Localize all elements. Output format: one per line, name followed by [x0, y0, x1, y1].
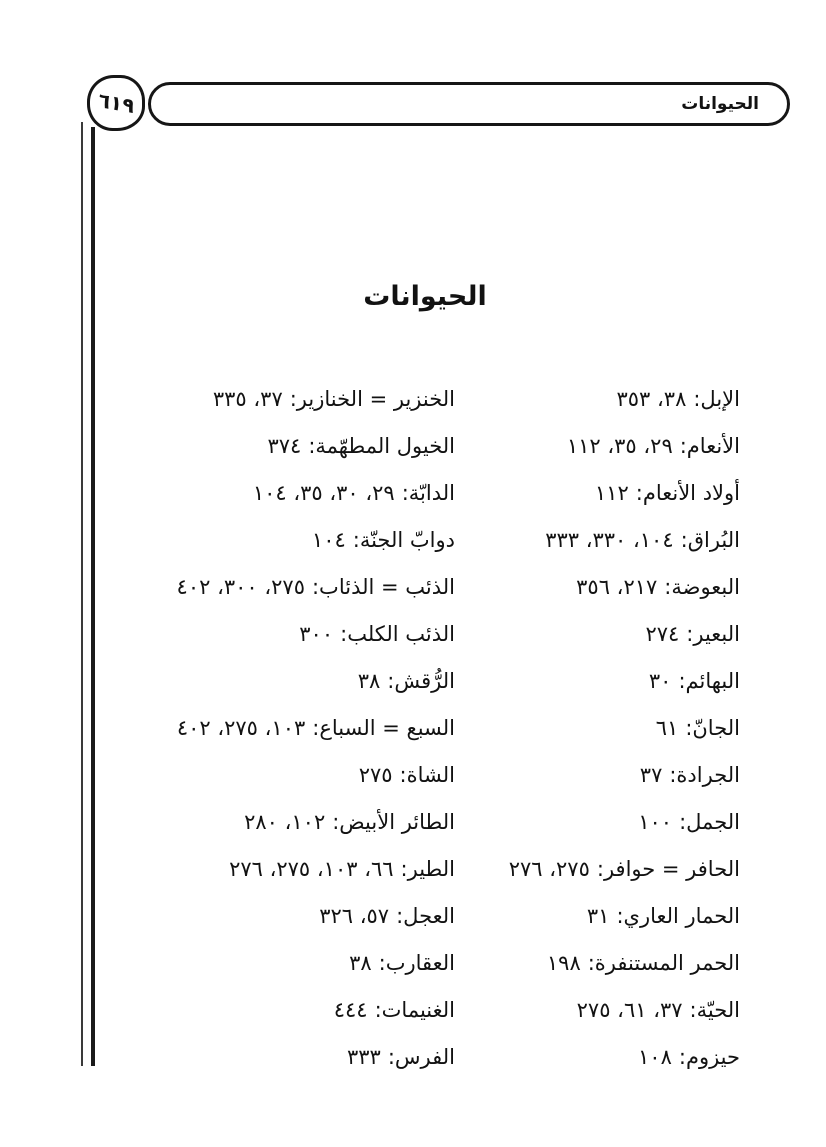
entry-pages: ٣٧ — [640, 765, 663, 786]
index-entry: العجل:٥٧، ٣٢٦ — [85, 893, 455, 940]
index-entry: الغنيمات:٤٤٤ — [85, 987, 455, 1034]
running-header-bar: الحيوانات — [148, 82, 790, 126]
entry-pages: ٣٨، ٣٥٣ — [617, 389, 687, 410]
index-entry: الخنزير = الخنازير:٣٧، ٣٣٥ — [85, 376, 455, 423]
entry-term: دوابّ الجنّة: — [353, 530, 455, 551]
entry-term: الدابّة: — [402, 483, 455, 504]
entry-pages: ٣٧، ٦١، ٢٧٥ — [577, 1000, 683, 1021]
index-entry: الخيول المطهّمة:٣٧٤ — [85, 423, 455, 470]
entry-term: الجانّ: — [685, 718, 740, 739]
entry-pages: ١١٢ — [595, 483, 629, 504]
page-number: ٦١٩ — [96, 88, 136, 118]
index-entry: الرُّقش:٣٨ — [85, 658, 455, 705]
entry-term: العقارب: — [379, 953, 455, 974]
entry-pages: ٣١ — [587, 906, 610, 927]
index-column-second: الخنزير = الخنازير:٣٧، ٣٣٥الخيول المطهّم… — [85, 376, 455, 1081]
index-entry: الشاة:٢٧٥ — [85, 752, 455, 799]
entry-term: البهائم: — [678, 671, 740, 692]
entry-term: البعير: — [686, 624, 740, 645]
entry-pages: ٦١ — [656, 718, 679, 739]
index-entry: الطائر الأبيض:١٠٢، ٢٨٠ — [85, 799, 455, 846]
entry-pages: ٣٨ — [349, 953, 372, 974]
entry-term: الحمر المستنفرة: — [588, 953, 740, 974]
entry-term: الشاة: — [400, 765, 455, 786]
entry-pages: ٢٧٤ — [645, 624, 679, 645]
entry-term: حيزوم: — [679, 1047, 740, 1068]
entry-term: البُراق: — [681, 530, 740, 551]
entry-pages: ٥٧، ٣٢٦ — [319, 906, 389, 927]
entry-term: الجمل: — [679, 812, 740, 833]
index-entry: الذئب الكلب:٣٠٠ — [85, 611, 455, 658]
entry-pages: ٤٤٤ — [334, 1000, 368, 1021]
entry-term: الفرس: — [388, 1047, 455, 1068]
entry-pages: ١٠٨ — [638, 1047, 672, 1068]
entry-term: الخنزير = الخنازير: — [290, 389, 455, 410]
entry-term: الذئب = الذئاب: — [312, 577, 455, 598]
entry-pages: ٦٦، ١٠٣، ٢٧٥، ٢٧٦ — [229, 859, 393, 880]
entry-pages: ١٠٤، ٣٣٠، ٣٣٣ — [545, 530, 673, 551]
entry-pages: ٣٧، ٣٣٥ — [213, 389, 283, 410]
entry-term: الذئب الكلب: — [340, 624, 455, 645]
entry-term: الغنيمات: — [375, 1000, 455, 1021]
index-entry: الطير:٦٦، ١٠٣، ٢٧٥، ٢٧٦ — [85, 846, 455, 893]
entry-pages: ٢٧٥، ٢٧٦ — [509, 859, 590, 880]
entry-pages: ١٠٣، ٢٧٥، ٤٠٢ — [177, 718, 305, 739]
entry-pages: ٢٧٥ — [359, 765, 393, 786]
entry-pages: ٢٩، ٣٠، ٣٥، ١٠٤ — [253, 483, 395, 504]
entry-term: الرُّقش: — [387, 671, 455, 692]
index-entry: الذئب = الذئاب:٢٧٥، ٣٠٠، ٤٠٢ — [85, 564, 455, 611]
entry-term: الحمار العاري: — [616, 906, 740, 927]
entry-pages: ٢١٧، ٣٥٦ — [576, 577, 657, 598]
entry-pages: ١٠٢، ٢٨٠ — [244, 812, 325, 833]
book-page: ٦١٩ الحيوانات الحيوانات الإبل:٣٨، ٣٥٣الأ… — [0, 0, 826, 1147]
entry-pages: ٣٧٤ — [267, 436, 301, 457]
running-header-title: الحيوانات — [681, 94, 759, 114]
entry-term: الحافر = حوافر: — [597, 859, 740, 880]
entry-pages: ٣٣٣ — [347, 1047, 381, 1068]
entry-term: الجرادة: — [669, 765, 740, 786]
page-number-badge: ٦١٩ — [87, 75, 145, 131]
entry-pages: ٢٩، ٣٥، ١١٢ — [567, 436, 673, 457]
entry-term: الحيّة: — [690, 1000, 740, 1021]
entry-term: الخيول المطهّمة: — [308, 436, 455, 457]
entry-term: الأنعام: — [680, 436, 740, 457]
entry-pages: ١٩٨ — [547, 953, 581, 974]
page-title: الحيوانات — [30, 281, 820, 312]
entry-term: العجل: — [396, 906, 455, 927]
entry-pages: ١٠٠ — [638, 812, 672, 833]
entry-term: الطير: — [401, 859, 455, 880]
index-entry: السبع = السباع:١٠٣، ٢٧٥، ٤٠٢ — [85, 705, 455, 752]
index-entry: الدابّة:٢٩، ٣٠، ٣٥، ١٠٤ — [85, 470, 455, 517]
index-entry: العقارب:٣٨ — [85, 940, 455, 987]
entry-pages: ١٠٤ — [312, 530, 346, 551]
entry-term: أولاد الأنعام: — [636, 483, 740, 504]
entry-pages: ٢٧٥، ٣٠٠، ٤٠٢ — [177, 577, 305, 598]
entry-term: الإبل: — [693, 389, 740, 410]
index-entry: الفرس:٣٣٣ — [85, 1034, 455, 1081]
entry-pages: ٣٠٠ — [299, 624, 333, 645]
entry-term: البعوضة: — [664, 577, 740, 598]
entry-pages: ٣٠ — [649, 671, 672, 692]
entry-pages: ٣٨ — [358, 671, 381, 692]
entry-term: السبع = السباع: — [312, 718, 455, 739]
index-entry: دوابّ الجنّة:١٠٤ — [85, 517, 455, 564]
entry-term: الطائر الأبيض: — [332, 812, 455, 833]
margin-rule-thin — [81, 122, 83, 1066]
